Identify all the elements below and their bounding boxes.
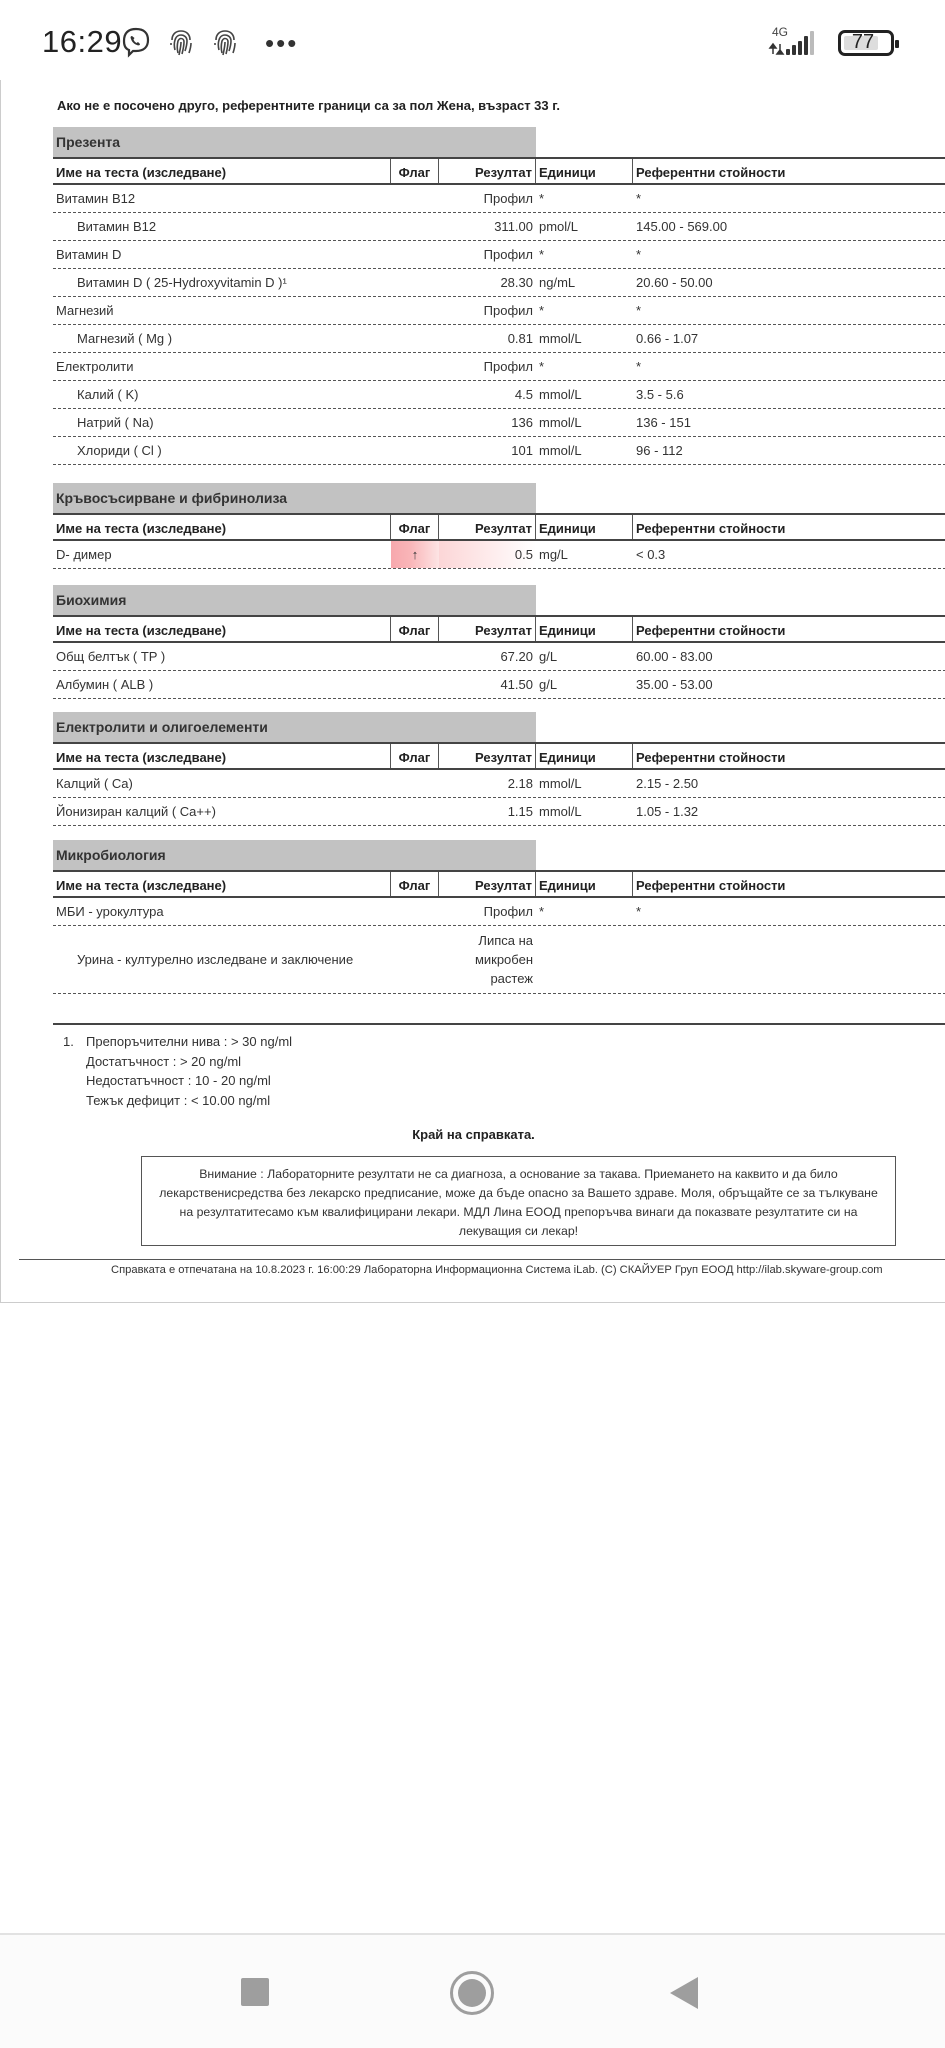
back-icon[interactable] [670, 1977, 698, 2009]
section-4: Електролити и олигоелементиИме на теста … [53, 712, 945, 826]
status-bar: 16:29 ••• 4G 77 [0, 0, 945, 80]
cell-units: mmol/L [536, 326, 633, 351]
table-header: Име на теста (изследване)ФлагРезултатЕди… [53, 742, 945, 770]
column-header-flag: Флаг [391, 872, 439, 896]
footnote-line: Тежък дефицит : < 10.00 ng/ml [86, 1091, 292, 1111]
cell-flag [391, 955, 439, 965]
cell-reference: 0.66 - 1.07 [633, 326, 945, 351]
column-header-units: Единици [536, 617, 633, 641]
table-row[interactable]: Калий ( K)4.5mmol/L3.5 - 5.6 [53, 381, 945, 409]
cell-reference: 20.60 - 50.00 [633, 270, 945, 295]
table-row[interactable]: Йонизиран калций ( Ca++)1.15mmol/L1.05 -… [53, 798, 945, 826]
cell-flag [391, 278, 439, 288]
cell-flag [391, 446, 439, 456]
column-header-name: Име на теста (изследване) [53, 872, 391, 896]
cell-reference: 60.00 - 83.00 [633, 644, 945, 669]
column-header-reference: Референтни стойности [633, 159, 945, 183]
cell-name: Магнезий [53, 298, 391, 323]
cell-units: g/L [536, 672, 633, 697]
fingerprint-icon [168, 28, 194, 58]
cell-flag [391, 652, 439, 662]
cell-name: Калий ( K) [53, 382, 391, 407]
cell-flag [391, 222, 439, 232]
empty-row [53, 994, 945, 1024]
navigation-bar [0, 1933, 945, 2048]
table-row[interactable]: Витамин B12311.00pmol/L145.00 - 569.00 [53, 213, 945, 241]
cell-name: D- димер [53, 542, 391, 567]
footnote-line: Недостатъчност : 10 - 20 ng/ml [86, 1071, 292, 1091]
column-header-reference: Референтни стойности [633, 872, 945, 896]
table-header: Име на теста (изследване)ФлагРезултатЕди… [53, 513, 945, 541]
cell-result: 2.18 [439, 771, 536, 796]
section-title: Презента [53, 127, 536, 157]
table-row[interactable]: D- димер↑0.5mg/L< 0.3 [53, 541, 945, 569]
cell-name: Йонизиран калций ( Ca++) [53, 799, 391, 824]
end-of-report: Край на справката. [1, 1127, 945, 1142]
column-header-name: Име на теста (изследване) [53, 515, 391, 539]
column-header-reference: Референтни стойности [633, 617, 945, 641]
table-row[interactable]: МБИ - урокултураПрофил** [53, 898, 945, 926]
cell-name: Хлориди ( Cl ) [53, 438, 391, 463]
reference-intro: Ако не е посочено друго, референтните гр… [57, 98, 560, 113]
table-row[interactable]: Хлориди ( Cl )101mmol/L96 - 112 [53, 437, 945, 465]
cell-reference: * [633, 354, 945, 379]
battery-icon: 77 [838, 30, 894, 56]
cell-name: Общ белтък ( TP ) [53, 644, 391, 669]
cell-units: * [536, 899, 633, 924]
table-row[interactable]: Витамин DПрофил** [53, 241, 945, 269]
table-header: Име на теста (изследване)ФлагРезултатЕди… [53, 157, 945, 185]
printed-info: Справката е отпечатана на 10.8.2023 г. 1… [111, 1264, 883, 1276]
table-row[interactable]: Урина - културелно изследване и заключен… [53, 926, 945, 994]
viber-icon [120, 26, 152, 58]
column-header-units: Единици [536, 159, 633, 183]
cell-result: Профил [439, 186, 536, 211]
cell-reference: * [633, 298, 945, 323]
cell-units: * [536, 186, 633, 211]
cell-reference: 96 - 112 [633, 438, 945, 463]
footnote: 1. Препоръчителни нива : > 30 ng/ml Дост… [63, 1032, 292, 1110]
cell-flag [391, 418, 439, 428]
section-5: МикробиологияИме на теста (изследване)Фл… [53, 840, 945, 1024]
cell-units: * [536, 354, 633, 379]
cell-name: Електролити [53, 354, 391, 379]
cell-result: 28.30 [439, 270, 536, 295]
cell-name: Калций ( Ca) [53, 771, 391, 796]
cell-flag [391, 306, 439, 316]
column-header-flag: Флаг [391, 159, 439, 183]
cell-units: * [536, 242, 633, 267]
section-1: ПрезентаИме на теста (изследване)ФлагРез… [53, 127, 945, 465]
warning-box: Внимание : Лабораторните резултати не са… [141, 1156, 896, 1246]
cell-name: Витамин D [53, 242, 391, 267]
cell-result: 67.20 [439, 644, 536, 669]
column-header-result: Резултат [439, 159, 536, 183]
table-row[interactable]: Витамин D ( 25-Hydroxyvitamin D )¹28.30n… [53, 269, 945, 297]
cell-result: 0.81 [439, 326, 536, 351]
column-header-units: Единици [536, 872, 633, 896]
cell-reference: 35.00 - 53.00 [633, 672, 945, 697]
table-header: Име на теста (изследване)ФлагРезултатЕди… [53, 615, 945, 643]
cell-flag [391, 390, 439, 400]
column-header-units: Единици [536, 744, 633, 768]
signal-icon [768, 30, 824, 58]
section-3: БиохимияИме на теста (изследване)ФлагРез… [53, 585, 945, 699]
table-row[interactable]: Общ белтък ( TP )67.20g/L60.00 - 83.00 [53, 643, 945, 671]
clock: 16:29 [42, 24, 122, 60]
cell-units: mmol/L [536, 799, 633, 824]
cell-result: Липса на микробен растеж [439, 926, 536, 993]
recent-apps-icon[interactable] [241, 1978, 269, 2006]
cell-reference [633, 955, 945, 965]
column-header-result: Резултат [439, 744, 536, 768]
more-dots-icon: ••• [265, 28, 298, 59]
cell-units: * [536, 298, 633, 323]
cell-reference: * [633, 242, 945, 267]
table-header: Име на теста (изследване)ФлагРезултатЕди… [53, 870, 945, 898]
divider [19, 1259, 945, 1260]
cell-reference: 3.5 - 5.6 [633, 382, 945, 407]
cell-name: Натрий ( Na) [53, 410, 391, 435]
table-row[interactable]: ЕлектролитиПрофил** [53, 353, 945, 381]
column-header-name: Име на теста (изследване) [53, 159, 391, 183]
cell-name: Витамин B12 [53, 214, 391, 239]
cell-flag [391, 334, 439, 344]
cell-result: Профил [439, 899, 536, 924]
cell-reference: * [633, 186, 945, 211]
table-row[interactable]: Калций ( Ca)2.18mmol/L2.15 - 2.50 [53, 770, 945, 798]
section-title: Биохимия [53, 585, 536, 615]
column-header-result: Резултат [439, 515, 536, 539]
cell-flag [391, 779, 439, 789]
cell-reference: 136 - 151 [633, 410, 945, 435]
column-header-reference: Референтни стойности [633, 515, 945, 539]
cell-result: Профил [439, 354, 536, 379]
column-header-name: Име на теста (изследване) [53, 744, 391, 768]
cell-flag [391, 194, 439, 204]
cell-reference: < 0.3 [633, 542, 945, 567]
section-2: Кръвосъсирване и фибринолизаИме на теста… [53, 483, 945, 569]
home-icon[interactable] [450, 1971, 494, 2015]
cell-result: 311.00 [439, 214, 536, 239]
cell-result: 136 [439, 410, 536, 435]
column-header-flag: Флаг [391, 515, 439, 539]
cell-units: mmol/L [536, 410, 633, 435]
cell-name: МБИ - урокултура [53, 899, 391, 924]
column-header-units: Единици [536, 515, 633, 539]
section-title: Електролити и олигоелементи [53, 712, 536, 742]
table-row[interactable]: МагнезийПрофил** [53, 297, 945, 325]
column-header-result: Резултат [439, 617, 536, 641]
cell-result: 101 [439, 438, 536, 463]
cell-units: pmol/L [536, 214, 633, 239]
battery-level: 77 [841, 31, 885, 54]
cell-result: 0.5 [439, 541, 536, 568]
cell-reference: 145.00 - 569.00 [633, 214, 945, 239]
cell-reference: 2.15 - 2.50 [633, 771, 945, 796]
cell-flag [391, 807, 439, 817]
cell-name: Албумин ( ALB ) [53, 672, 391, 697]
cell-units: g/L [536, 644, 633, 669]
lab-report-page[interactable]: Забележка. Ако не е посочено друго, рефе… [0, 50, 945, 1303]
footnote-line: Достатъчност : > 20 ng/ml [86, 1052, 292, 1072]
table-row[interactable]: Натрий ( Na)136mmol/L136 - 151 [53, 409, 945, 437]
footnote-line: Препоръчителни нива : > 30 ng/ml [86, 1032, 292, 1052]
cell-flag [391, 907, 439, 917]
cell-name: Витамин B12 [53, 186, 391, 211]
cell-units: mmol/L [536, 438, 633, 463]
column-header-flag: Флаг [391, 744, 439, 768]
table-row[interactable]: Албумин ( ALB )41.50g/L35.00 - 53.00 [53, 671, 945, 699]
cell-name: Витамин D ( 25-Hydroxyvitamin D )¹ [53, 270, 391, 295]
cell-name: Магнезий ( Mg ) [53, 326, 391, 351]
cell-units: mmol/L [536, 382, 633, 407]
cell-result: Профил [439, 298, 536, 323]
cell-result: 41.50 [439, 672, 536, 697]
cell-units [536, 955, 633, 965]
column-header-flag: Флаг [391, 617, 439, 641]
cell-flag [391, 250, 439, 260]
cell-flag [391, 362, 439, 372]
column-header-name: Име на теста (изследване) [53, 617, 391, 641]
section-title: Микробиология [53, 840, 536, 870]
section-title: Кръвосъсирване и фибринолиза [53, 483, 536, 513]
table-row[interactable]: Витамин B12Профил** [53, 185, 945, 213]
cell-reference: 1.05 - 1.32 [633, 799, 945, 824]
column-header-reference: Референтни стойности [633, 744, 945, 768]
cell-result: Профил [439, 242, 536, 267]
fingerprint-icon [212, 28, 238, 58]
cell-flag [391, 680, 439, 690]
cell-units: ng/mL [536, 270, 633, 295]
footnote-number: 1. [63, 1032, 74, 1052]
cell-result: 1.15 [439, 799, 536, 824]
cell-units: mg/L [536, 542, 633, 567]
divider [53, 1023, 945, 1025]
column-header-result: Резултат [439, 872, 536, 896]
cell-flag: ↑ [391, 541, 439, 568]
cell-result: 4.5 [439, 382, 536, 407]
cell-name: Урина - културелно изследване и заключен… [53, 947, 391, 972]
table-row[interactable]: Магнезий ( Mg )0.81mmol/L0.66 - 1.07 [53, 325, 945, 353]
cell-reference: * [633, 899, 945, 924]
cell-units: mmol/L [536, 771, 633, 796]
